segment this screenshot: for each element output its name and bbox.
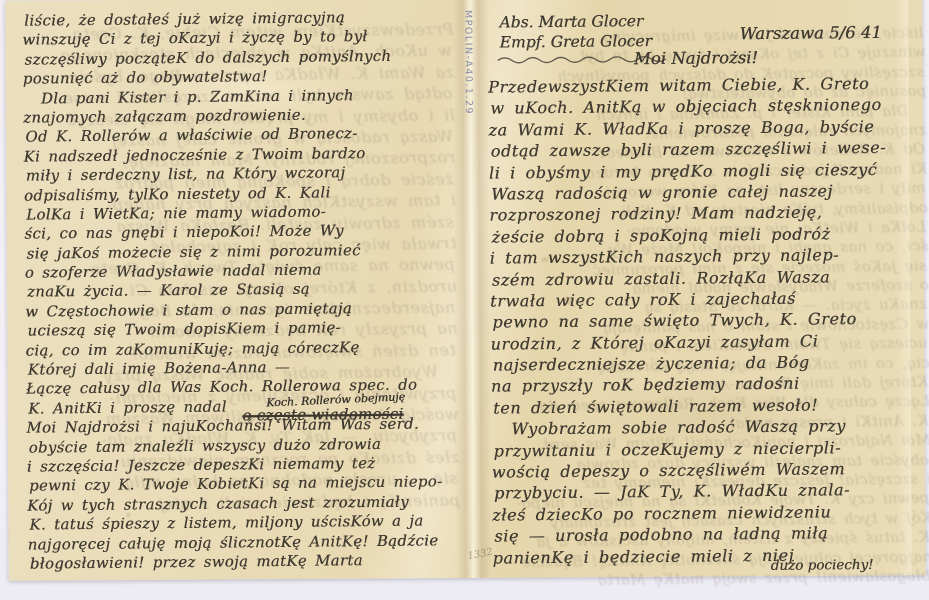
right-edge-crease <box>894 0 912 575</box>
address-header: Abs. Marta Glocer Empf. Greta Glocer <box>499 11 652 52</box>
closing-phrase: dużo pociechy! <box>771 557 874 574</box>
letter-scan: PrzedewszystKiem witam Ciebie, K. Gretow… <box>0 0 929 600</box>
handwritten-line: złeś dziecKo po rocznem niewidzeniu <box>492 501 890 526</box>
handwritten-line: szém zdrowiu zastali. RozłąKa Wasza <box>492 265 888 290</box>
salutation: Moi Najdrożsi! <box>634 48 758 68</box>
handwritten-line: i tam wszystKich naszych przy najlep- <box>490 244 888 269</box>
right-page-text: PrzedewszystKiem witam Ciebie, K. Gretow… <box>488 73 890 569</box>
handwritten-line: błogosławieni! przez swoją matKę Marta <box>30 550 462 574</box>
right-page: Abs. Marta Glocer Empf. Greta Glocer War… <box>487 0 925 4</box>
left-page-text: liście, że dostałeś już wizę imigracyjną… <box>22 7 462 574</box>
struck-through-text: o częste wiadomości <box>242 406 403 425</box>
sender-line: Abs. Marta Glocer <box>499 11 651 32</box>
handwritten-line: pewno na same święto Twych, K. Greto <box>492 308 888 333</box>
recipient-line: Empf. Greta Glocer <box>500 31 652 52</box>
handwritten-line: Waszą radością w gronie całej naszej <box>491 180 887 205</box>
letter-paper-sheet: PrzedewszystKiem witam Ciebie, K. Gretow… <box>5 0 926 581</box>
left-page: liście, że dostałeś już wizę imigracyjną… <box>22 7 462 574</box>
archival-code-stamp: MPOLIN-A40.1.29 <box>462 10 474 170</box>
place-date: Warszawa 5/6 41 <box>739 23 881 43</box>
